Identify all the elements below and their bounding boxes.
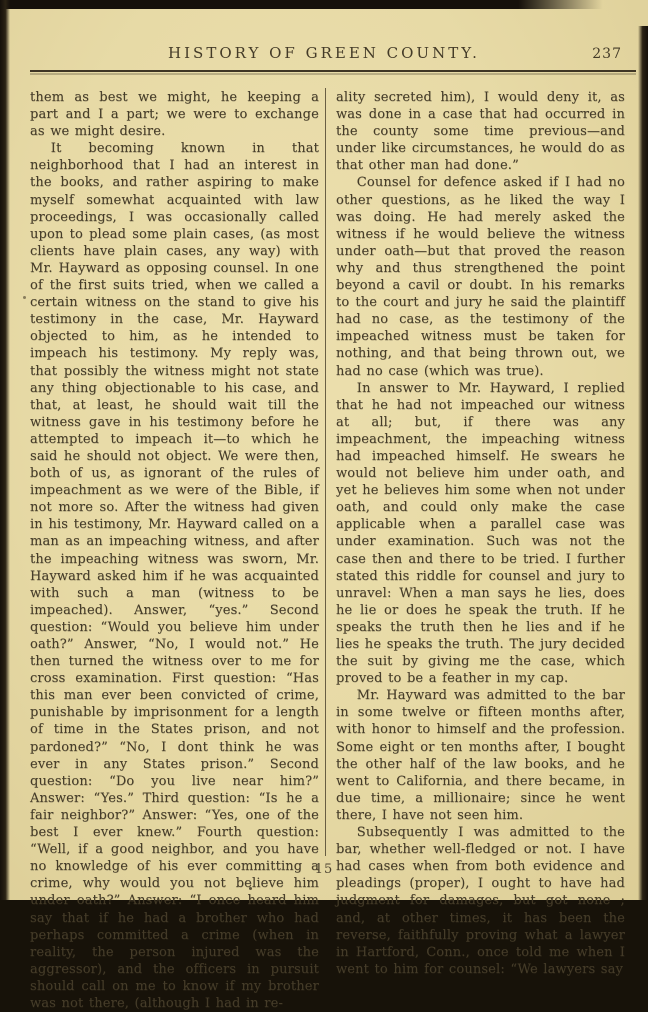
page-edge-right <box>638 26 648 900</box>
left-text-column: them as best we might, he keeping a part… <box>30 89 319 859</box>
signature-number: 15 <box>0 862 648 877</box>
page-edge-top <box>0 0 648 9</box>
paragraph: It becoming known in that neighborhood t… <box>30 140 319 900</box>
ink-speck <box>249 887 252 890</box>
paragraph: In answer to Mr. Hayward, I replied that… <box>336 380 625 688</box>
column-divider-rule <box>325 88 326 856</box>
running-head-title: HISTORY OF GREEN COUNTY. <box>0 44 648 62</box>
page-edge-left <box>0 0 10 900</box>
paragraph-continuation: them as best we might, he keeping a part… <box>30 89 319 140</box>
book-page: HISTORY OF GREEN COUNTY. 237 them as bes… <box>0 0 648 900</box>
header-rule <box>30 70 636 72</box>
paragraph: Counsel for defence asked if I had no ot… <box>336 174 625 379</box>
paragraph: Mr. Hayward was admitted to the bar in s… <box>336 687 625 824</box>
paragraph-continuation: ality secreted him), I would deny it, as… <box>336 89 625 174</box>
page-number: 237 <box>592 46 622 62</box>
ink-speck <box>23 296 26 299</box>
right-text-column: ality secreted him), I would deny it, as… <box>336 89 625 859</box>
